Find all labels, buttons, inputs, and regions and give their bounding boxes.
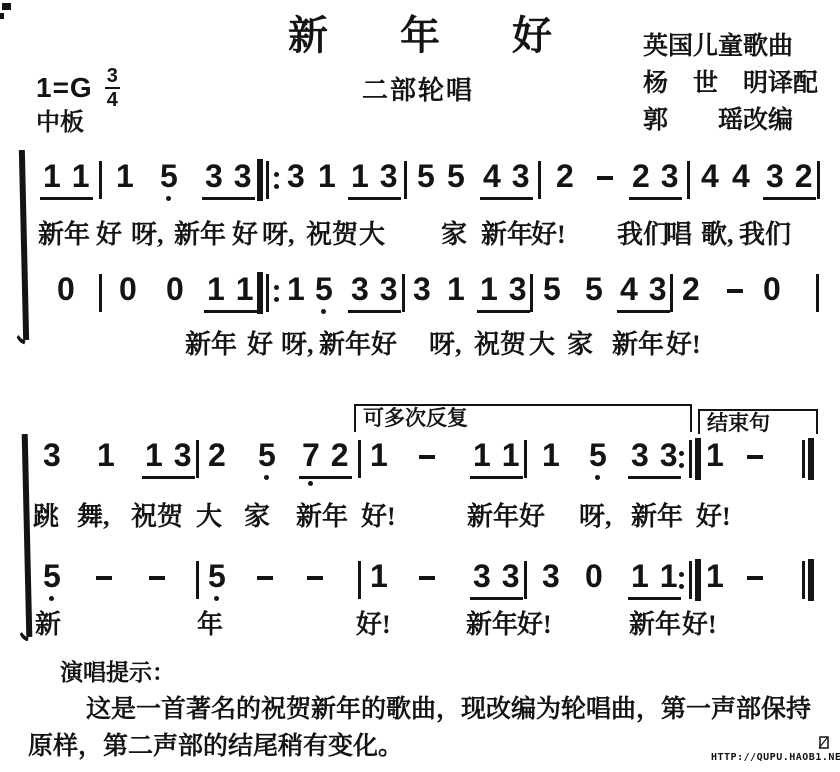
source-url: HTTP://QUPU.HAOB1.NET [711, 752, 840, 763]
lyric-syllable: 好! [682, 604, 717, 641]
note: 4 [732, 159, 750, 193]
lyric-syllable: 大 [359, 214, 385, 251]
barline [99, 274, 102, 312]
lyric-syllable: 好! [356, 604, 391, 641]
lyric-syllable: 新年 [466, 604, 518, 641]
dash-continuation [419, 576, 435, 580]
lyric-syllable: 呀, [429, 324, 462, 361]
dash-continuation [149, 576, 165, 580]
note-pair-eighth: 11 [40, 159, 93, 200]
lyric-syllable: 舞, [77, 496, 110, 533]
lyric-syllable: 新年 [296, 496, 348, 533]
lyrics-line-voice2-system2: 新年好!新年好!新年好! [0, 604, 840, 634]
lyric-syllable: 跳 [33, 496, 59, 533]
dash-continuation [257, 576, 273, 580]
note: 1 [370, 438, 388, 472]
lyric-syllable: 新年 [174, 214, 226, 251]
note-pair-eighth: 33 [470, 559, 523, 600]
note: 1 [706, 559, 724, 593]
lyric-syllable: 呀, [579, 496, 612, 533]
final-barline [802, 559, 814, 601]
lyric-syllable: 新年 [319, 324, 371, 361]
rest-note: 0 [57, 272, 75, 306]
note: 1 [97, 438, 115, 472]
volta-ending-label: 结束句 [700, 411, 770, 435]
barline [358, 561, 361, 599]
note: 5 [417, 159, 435, 193]
lyric-syllable: 新 [35, 604, 61, 641]
performance-tips-line1: 这是一首著名的祝贺新年的歌曲，现改编为轮唱曲，第一声部保持 [86, 689, 811, 725]
lyric-syllable: 祝贺 [131, 496, 183, 533]
dash-continuation [747, 455, 763, 459]
lyric-syllable: 好! [696, 496, 731, 533]
note: 3 [413, 272, 431, 306]
time-denominator: 4 [107, 89, 118, 110]
lyrics-line-voice1-system1: 新年好呀,新年好呀,祝贺大家新年好!我们唱歌,我们 [0, 214, 840, 244]
lyric-syllable: 好 [96, 214, 122, 251]
note: 5 [208, 559, 226, 593]
lyric-syllable: 好! [666, 324, 701, 361]
tempo-marking: 中板 [36, 102, 84, 137]
notes-line-voice2-system2: 5513330111 [0, 559, 840, 605]
scan-artifact [0, 13, 4, 19]
lyric-syllable: 好! [531, 214, 566, 251]
repeat-end-sign [677, 559, 701, 601]
subtitle: 二部轮唱 [362, 70, 474, 107]
note: 5 [160, 159, 178, 193]
lyric-syllable: 大 [196, 496, 222, 533]
lyric-syllable: 歌, [701, 214, 734, 251]
dash-continuation [747, 576, 763, 580]
lyric-syllable: 我们 [617, 214, 669, 251]
dash-continuation [307, 576, 323, 580]
barline [358, 440, 361, 478]
note: 1 [542, 438, 560, 472]
note: 1 [370, 559, 388, 593]
small-stamp-mark [818, 736, 829, 749]
repeat-end-sign [677, 438, 701, 480]
note-pair-eighth: 13 [142, 438, 195, 479]
lyric-syllable: 新年 [467, 496, 519, 533]
note-pair-eighth: 13 [348, 159, 401, 200]
note: 3 [43, 438, 61, 472]
lyric-syllable: 我们 [739, 214, 791, 251]
page-title: 新年好 [288, 4, 624, 61]
note-pair-eighth: 13 [477, 272, 530, 313]
lyric-syllable: 呀, [262, 214, 295, 251]
final-barline [802, 438, 814, 480]
note: 3 [287, 159, 305, 193]
lyric-syllable: 好 [232, 214, 258, 251]
repeat-begin-sign [257, 272, 281, 314]
lyrics-line-voice2-system1: 新年好呀,新年好呀,祝贺大家新年好! [0, 324, 840, 354]
barline [196, 440, 199, 478]
rest-note: 0 [763, 272, 781, 306]
note: 5 [315, 272, 333, 306]
note-pair-eighth: 11 [470, 438, 523, 479]
note-pair-eighth: 11 [628, 559, 681, 600]
lyric-syllable: 好 [371, 324, 397, 361]
rest-note: 0 [585, 559, 603, 593]
volta-repeat-box: 可多次反复 [354, 404, 692, 432]
note: 3 [542, 559, 560, 593]
dash-continuation [727, 289, 743, 293]
barline [538, 161, 541, 199]
note-pair-eighth: 33 [348, 272, 401, 313]
note: 1 [318, 159, 336, 193]
lyric-syllable: 新年 [629, 604, 681, 641]
barline [817, 161, 820, 199]
note-pair-eighth: 11 [204, 272, 257, 313]
barline [670, 274, 673, 312]
lyric-syllable: 好! [517, 604, 552, 641]
volta-ending-box: 结束句 [698, 409, 818, 434]
note-pair-eighth: 23 [629, 159, 682, 200]
lyric-syllable: 祝贺 [474, 324, 526, 361]
lyric-syllable: 好 [519, 496, 545, 533]
note: 5 [589, 438, 607, 472]
barline [99, 161, 102, 199]
dash-continuation [597, 176, 613, 180]
note: 1 [116, 159, 134, 193]
note-pair-eighth: 43 [617, 272, 670, 313]
notes-line-voice2-system1: 0001115333113554320 [0, 272, 840, 318]
credit-arranger: 郭 瑶改编 [643, 102, 818, 139]
repeat-begin-sign [257, 159, 281, 201]
note-pair-eighth: 33 [202, 159, 255, 200]
lyric-syllable: 家 [244, 496, 270, 533]
note-pair-eighth: 33 [628, 438, 681, 479]
time-numerator: 3 [105, 66, 120, 89]
lyric-syllable: 家 [567, 324, 593, 361]
key-label: 1=G [36, 72, 93, 104]
note: 5 [585, 272, 603, 306]
dash-continuation [419, 455, 435, 459]
notes-line-voice1-system2: 3113257211115331 [0, 438, 840, 484]
note: 5 [258, 438, 276, 472]
lyric-syllable: 好 [247, 324, 273, 361]
credits-block: 英国儿童歌曲 杨 世 明译配 郭 瑶改编 [643, 28, 818, 139]
notes-line-voice1-system1: 111533311355432234432 [0, 159, 840, 205]
lyric-syllable: 好! [361, 496, 396, 533]
lyric-syllable: 新年 [38, 214, 90, 251]
volta-repeat-label: 可多次反复 [356, 406, 468, 430]
performance-tips-line2: 原样，第二声部的结尾稍有变化。 [28, 726, 403, 762]
barline [404, 161, 407, 199]
barline [524, 440, 527, 478]
note: 5 [447, 159, 465, 193]
dash-continuation [96, 576, 112, 580]
barline [687, 161, 690, 199]
note: 5 [543, 272, 561, 306]
barline [530, 274, 533, 312]
note: 2 [682, 272, 700, 306]
note: 2 [556, 159, 574, 193]
sheet-music-page: { "header": { "title": "新年好", "subtitle"… [0, 0, 840, 772]
lyric-syllable: 祝贺 [306, 214, 358, 251]
credit-translator: 杨 世 明译配 [643, 65, 818, 102]
barline [402, 274, 405, 312]
lyric-syllable: 呀, [281, 324, 314, 361]
note: 4 [701, 159, 719, 193]
barline [524, 561, 527, 599]
note: 2 [208, 438, 226, 472]
lyric-syllable: 新年 [612, 324, 664, 361]
rest-note: 0 [119, 272, 137, 306]
note-pair-eighth: 32 [763, 159, 816, 200]
note-pair-eighth: 43 [480, 159, 533, 200]
note: 1 [706, 438, 724, 472]
lyric-syllable: 新年 [185, 324, 237, 361]
lyric-syllable: 年 [197, 604, 223, 641]
lyric-syllable: 唱 [666, 214, 692, 251]
lyric-syllable: 新年 [481, 214, 533, 251]
note: 1 [447, 272, 465, 306]
note-pair-eighth: 72 [299, 438, 352, 479]
lyric-syllable: 呀, [131, 214, 164, 251]
lyrics-line-voice1-system2: 跳舞,祝贺大家新年好!新年好呀,新年好! [0, 496, 840, 526]
credit-origin: 英国儿童歌曲 [643, 28, 818, 65]
performance-tips-title: 演唱提示： [60, 654, 175, 687]
lyric-syllable: 新年 [631, 496, 683, 533]
lyric-syllable: 大 [529, 324, 555, 361]
barline [196, 561, 199, 599]
scan-artifact [2, 3, 11, 10]
note: 1 [287, 272, 305, 306]
lyric-syllable: 家 [441, 214, 467, 251]
note: 5 [43, 559, 61, 593]
rest-note: 0 [166, 272, 184, 306]
time-signature: 3 4 [105, 66, 120, 110]
barline [816, 274, 819, 312]
